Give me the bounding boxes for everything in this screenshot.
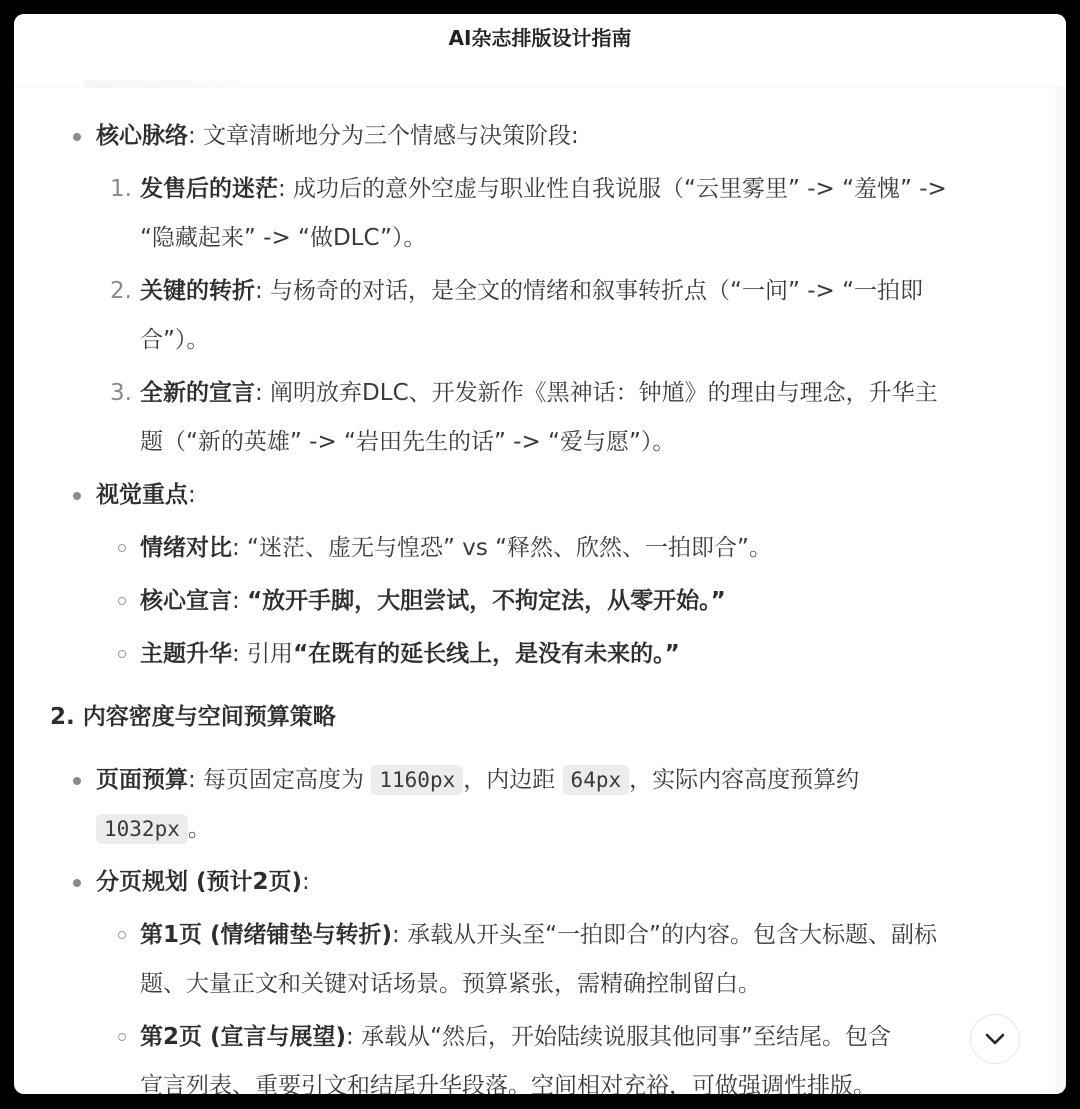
item-label: 核心宣言 [140,588,232,614]
item-text: 宣言列表、重要引文和结尾升华段落。空间相对充裕，可做强调性排版。 [140,1073,876,1094]
item-text: : 文章清晰地分为三个情感与决策阶段: [188,123,579,149]
list-number: 3. [110,369,132,418]
list-item-page-budget-continued: 1032px。 [50,805,1040,854]
bullet-dot-icon [73,777,81,785]
ordered-item-3-continued: 题（“新的英雄” -> “岩田先生的话” -> “爱与愿”）。 [50,418,1040,467]
list-item-pagination-plan: 分页规划 (预计2页): [50,858,1040,907]
inline-code: 1032px [96,814,188,844]
sub-item-emotion-contrast: 情绪对比: “迷茫、虚无与惶恐” vs “释然、欣然、一拍即合”。 [50,524,1040,573]
inline-code: 64px [563,765,630,795]
item-text: : “迷茫、虚无与惶恐” vs “释然、欣然、一拍即合”。 [232,535,772,561]
chevron-down-icon [984,1032,1006,1046]
list-item-visual-focus: 视觉重点: [50,471,1040,520]
item-emphasis: “在既有的延长线上，是没有未来的。” [293,641,680,667]
title-bar: AI杂志排版设计指南 [14,14,1066,87]
sub-item-page-2-continued: 宣言列表、重要引文和结尾升华段落。空间相对充裕，可做强调性排版。 [50,1062,1040,1094]
item-text: ，内边距 [463,767,562,793]
bullet-dot-icon [73,133,81,141]
ordered-item-2-continued: 合”）。 [50,316,1040,365]
item-colon: : [302,869,310,895]
bullet-circle-icon [118,1033,126,1041]
sub-item-page-1-continued: 题、大量正文和关键对话场景。预算紧张，需精确控制留白。 [50,960,1040,1009]
ordered-item-2: 2. 关键的转折: 与杨奇的对话，是全文的情绪和叙事转折点（“一问” -> “一… [50,267,1040,316]
item-text: : 承载从“然后，开始陆续说服其他同事”至结尾。包含 [346,1024,891,1050]
item-text: 题、大量正文和关键对话场景。预算紧张，需精确控制留白。 [140,971,761,997]
bullet-circle-icon [118,544,126,552]
item-text: : 承载从开头至“一拍即合”的内容。包含大标题、副标 [392,922,937,948]
item-label: 第2页 (宣言与展望) [140,1024,346,1050]
list-item-core-thread: 核心脉络: 文章清晰地分为三个情感与决策阶段: [50,112,1040,161]
item-label: 主题升华 [140,641,232,667]
item-text: 。 [188,816,211,842]
bullet-dot-icon [73,492,81,500]
faded-scrolled-text [84,80,244,88]
document-content: 核心脉络: 文章清晰地分为三个情感与决策阶段: 1. 发售后的迷茫: 成功后的意… [50,112,1040,1094]
item-colon: : [188,482,196,508]
list-item-page-budget: 页面预算: 每页固定高度为 1160px，内边距 64px，实际内容高度预算约 [50,756,1040,805]
item-label: 分页规划 (预计2页) [96,869,302,895]
list-number: 2. [110,267,132,316]
item-label: 第1页 (情绪铺垫与转折) [140,922,392,948]
scroll-to-bottom-button[interactable] [970,1014,1020,1064]
item-text: : 成功后的意外空虚与职业性自我说服（“云里雾里” -> “羞愧” -> [278,176,947,202]
bullet-circle-icon [118,597,126,605]
item-text: “隐藏起来” -> “做DLC”）。 [140,225,426,251]
item-text: : 每页固定高度为 [188,767,371,793]
item-text: 题（“新的英雄” -> “岩田先生的话” -> “爱与愿”）。 [140,429,675,455]
bullet-circle-icon [118,931,126,939]
bullet-dot-icon [73,879,81,887]
ordered-item-1: 1. 发售后的迷茫: 成功后的意外空虚与职业性自我说服（“云里雾里” -> “羞… [50,165,1040,214]
sub-item-page-1: 第1页 (情绪铺垫与转折): 承载从开头至“一拍即合”的内容。包含大标题、副标 [50,911,1040,960]
bullet-circle-icon [118,650,126,658]
item-label: 关键的转折 [140,278,255,304]
item-text: : [232,588,247,614]
sub-item-page-2: 第2页 (宣言与展望): 承载从“然后，开始陆续说服其他同事”至结尾。包含 [50,1013,1040,1062]
sub-item-theme-elevation: 主题升华: 引用“在既有的延长线上，是没有未来的。” [50,630,1040,679]
item-text: 合”）。 [140,327,209,353]
item-text: : 与杨奇的对话，是全文的情绪和叙事转折点（“一问” -> “一拍即 [255,278,923,304]
ordered-item-3: 3. 全新的宣言: 阐明放弃DLC、开发新作《黑神话：钟馗》的理由与理念，升华主 [50,369,1040,418]
document-window: AI杂志排版设计指南 核心脉络: 文章清晰地分为三个情感与决策阶段: 1. 发售… [14,14,1066,1094]
inline-code: 1160px [371,765,463,795]
sub-item-core-manifesto: 核心宣言: “放开手脚，大胆尝试，不拘定法，从零开始。” [50,577,1040,626]
item-text: : 阐明放弃DLC、开发新作《黑神话：钟馗》的理由与理念，升华主 [255,380,938,406]
item-label: 视觉重点 [96,482,188,508]
item-label: 核心脉络 [96,123,188,149]
item-label: 情绪对比 [140,535,232,561]
section-heading: 2. 内容密度与空间预算策略 [50,693,1040,742]
item-label: 页面预算 [96,767,188,793]
scroll-track[interactable] [1044,14,1066,1094]
item-text: : 引用 [232,641,293,667]
list-number: 1. [110,165,132,214]
window-title: AI杂志排版设计指南 [449,22,632,86]
item-label: 全新的宣言 [140,380,255,406]
item-label: 发售后的迷茫 [140,176,278,202]
item-text: ，实际内容高度预算约 [629,767,859,793]
ordered-item-1-continued: “隐藏起来” -> “做DLC”）。 [50,214,1040,263]
item-emphasis: “放开手脚，大胆尝试，不拘定法，从零开始。” [247,588,726,614]
